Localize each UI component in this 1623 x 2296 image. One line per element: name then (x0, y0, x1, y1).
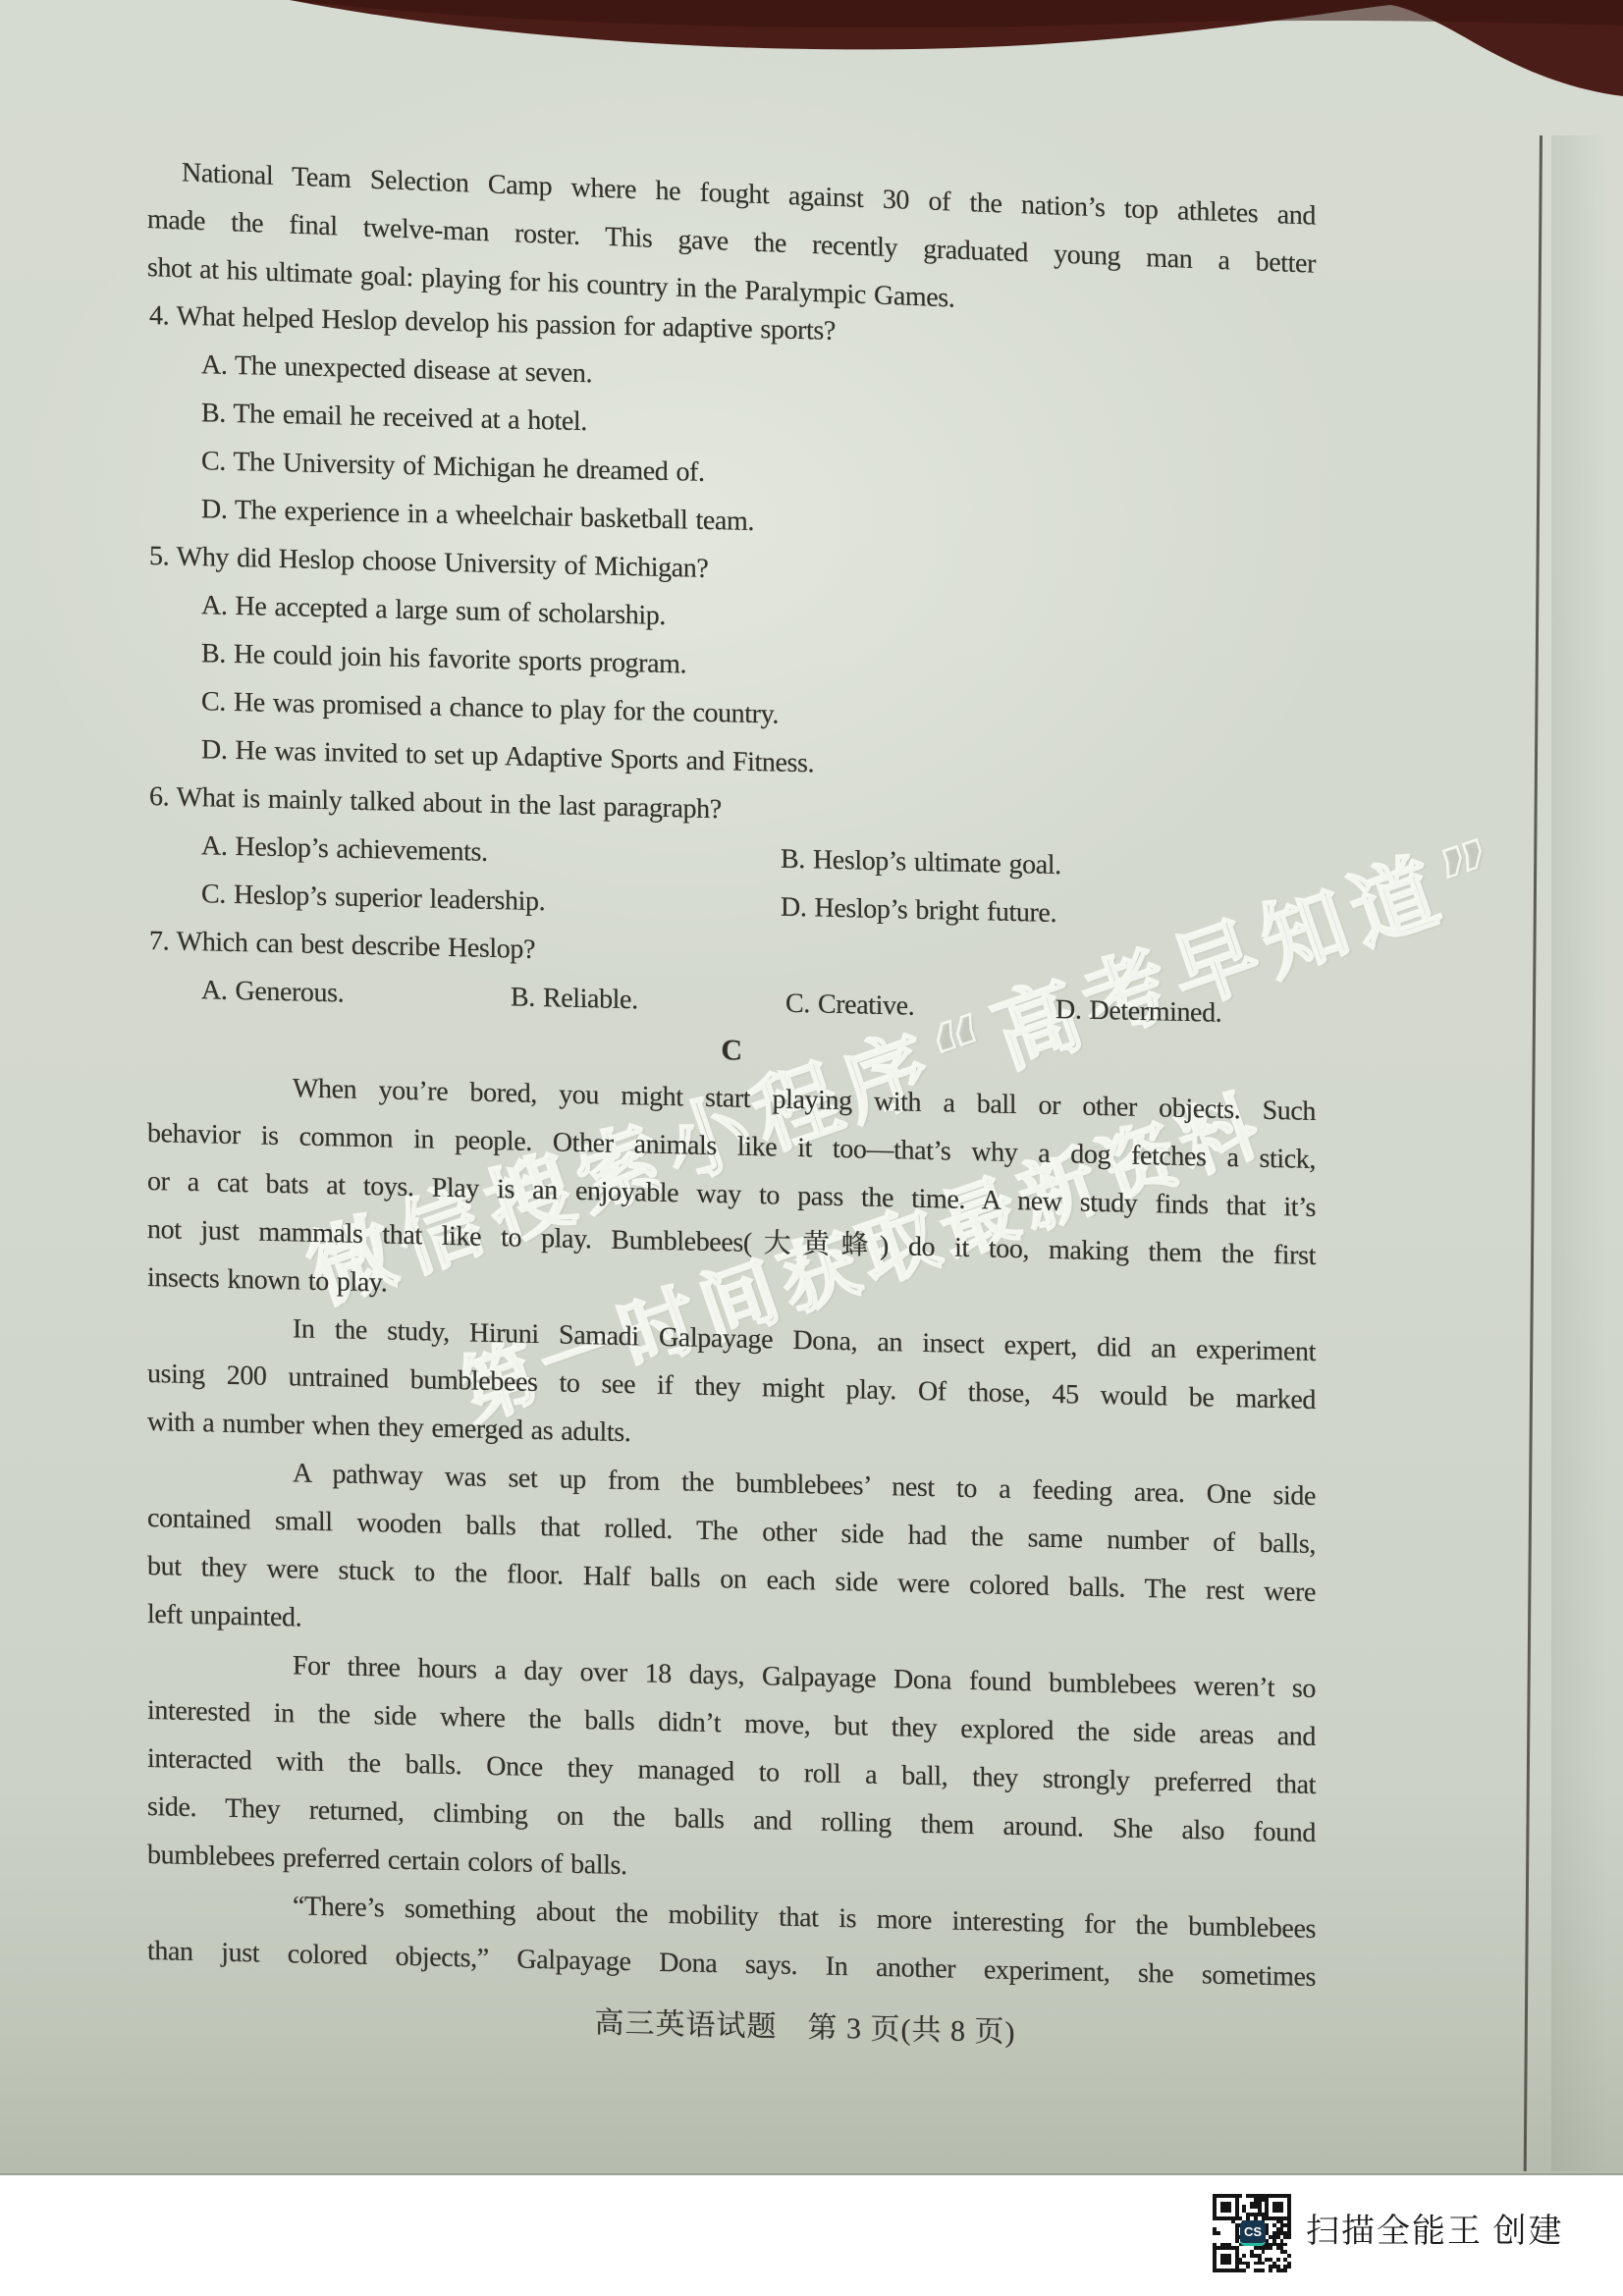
photo-background-top-edge (0, 0, 1623, 118)
qr-code: CS (1213, 2194, 1291, 2272)
answer-option: A. Heslop’s achievements. (201, 822, 488, 877)
answer-option: C. Heslop’s superior leadership. (201, 870, 545, 926)
page-fold-line (1524, 135, 1542, 2171)
answer-option: C. Creative. (785, 980, 914, 1031)
answer-option: D. Determined. (1055, 986, 1221, 1038)
page-footer: 高三英语试题 第 3 页(共 8 页) (221, 1991, 1389, 2065)
answer-option: D. Heslop’s bright future. (781, 883, 1056, 937)
camscanner-logo: CS (1240, 2220, 1266, 2246)
page-fold-shadow (1551, 135, 1623, 2171)
exam-content: National Team Selection Camp where he fo… (147, 147, 1316, 2063)
scanned-exam-screenshot: 微信搜索小程序“高考早知道” 第一时间获取最新资料 National Team … (0, 0, 1623, 2296)
answer-option: B. Heslop’s ultimate goal. (781, 835, 1061, 889)
answer-option: A. Generous. (201, 966, 344, 1017)
scan-app-label: 扫描全能王 创建 (1306, 2207, 1610, 2258)
exam-paper-sheet: 微信搜索小程序“高考早知道” 第一时间获取最新资料 National Team … (0, 0, 1623, 2175)
answer-option: B. Reliable. (511, 973, 638, 1024)
